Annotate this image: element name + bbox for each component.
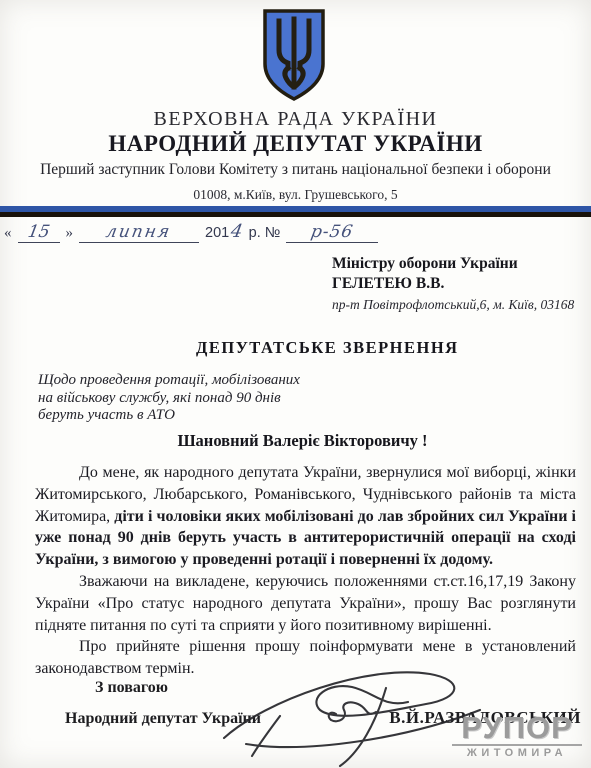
handwritten-doc-number: р-56 (286, 222, 378, 243)
subject-block: Щодо проведення ротації, мобілізованих н… (38, 372, 300, 425)
watermark-title: РУПОР (452, 712, 582, 743)
recipient-address: пр-т Повітрофлотський,6, м. Київ, 03168 (332, 296, 574, 313)
committee-role: Перший заступник Голови Комітету з питан… (0, 161, 591, 179)
ukraine-trident-icon (262, 8, 326, 102)
handwritten-year-digit: 4 (229, 221, 244, 242)
paragraph-bold-text: діти і чоловіки яких мобілізовані до лав… (35, 508, 576, 569)
closing-phrase: З повагою (95, 679, 168, 697)
org-name: ВЕРХОВНА РАДА УКРАЇНИ (0, 108, 591, 131)
subject-line: Щодо проведення ротації, мобілізованих (38, 372, 300, 390)
recipient-block: Міністру оборони України ГЕЛЕТЕЮ В.В. пр… (332, 254, 574, 313)
subject-line: беруть участь в АТО (38, 407, 300, 425)
recipient-title: Міністру оборони України (332, 254, 574, 274)
document-title: ДЕПУТАТСЬКЕ ЗВЕРНЕННЯ (196, 338, 459, 358)
deputy-title: НАРОДНИЙ ДЕПУТАТ УКРАЇНИ (0, 131, 591, 157)
paragraph: До мене, як народного депутата України, … (35, 462, 576, 571)
year-suffix: р. № (249, 225, 281, 241)
watermark-subtitle: ЖИТОМИРА (452, 744, 582, 759)
open-quote: « (4, 225, 12, 242)
year-printed: 201 (205, 225, 229, 241)
paragraph: Зважаючи на викладене, керуючись положен… (35, 571, 576, 636)
office-address: 01008, м.Київ, вул. Грушевського, 5 (0, 187, 591, 203)
header-divider (0, 206, 591, 217)
salutation: Шановний Валеріє Вікторовичу ! (0, 431, 591, 451)
divider-black-bar (0, 212, 591, 217)
recipient-name: ГЕЛЕТЕЮ В.В. (332, 274, 574, 294)
handwritten-month: липня (79, 222, 199, 243)
scanned-letter-page: ВЕРХОВНА РАДА УКРАЇНИ НАРОДНИЙ ДЕПУТАТ У… (0, 0, 591, 768)
letter-body: До мене, як народного депутата України, … (35, 462, 576, 680)
rupor-zhytomyra-watermark: РУПОР ЖИТОМИРА (452, 712, 582, 759)
close-quote: » (66, 225, 74, 242)
handwritten-day: 15 (18, 222, 60, 243)
signer-position: Народний депутат України (65, 710, 261, 728)
subject-line: на військову службу, які понад 90 днів (38, 390, 300, 408)
dateline: « 15 » липня 201 4 р. № р-56 (4, 221, 378, 243)
paragraph: Про прийняте рішення прошу поінформувати… (35, 636, 576, 680)
